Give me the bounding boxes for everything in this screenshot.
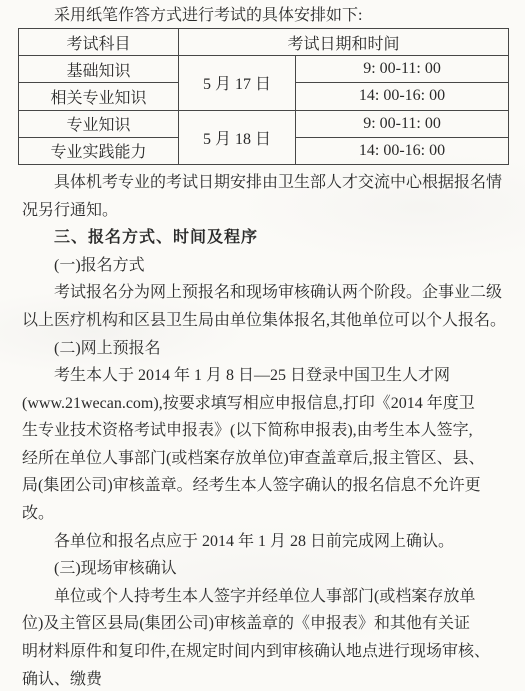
cell-date: 5 月 17 日 [179, 56, 296, 110]
subsection-heading: (二)网上预报名 [22, 335, 510, 363]
intro-line: 采用纸笔作答方式进行考试的具体安排如下: [22, 4, 510, 27]
table-row: 专业知识 5 月 18 日 9: 00-11: 00 [19, 110, 509, 137]
table-header-row: 考试科目 考试日期和时间 [19, 29, 509, 56]
text-line: 单位或个人持考生本人签字并经单位人事部门(或档案存放单 [22, 583, 510, 611]
cell-subject: 专业知识 [19, 110, 179, 137]
text-line: 明材料原件和复印件,在规定时间内到审核确认地点进行现场审核、 [22, 638, 510, 666]
table-row: 基础知识 5 月 17 日 9: 00-11: 00 [19, 56, 509, 83]
section-heading: 三、报名方式、时间及程序 [22, 224, 510, 252]
header-cell-datetime: 考试日期和时间 [179, 29, 509, 56]
header-cell-subject: 考试科目 [19, 29, 179, 56]
exam-schedule-table: 考试科目 考试日期和时间 基础知识 5 月 17 日 9: 00-11: 00 … [18, 28, 509, 165]
text-line: (www.21wecan.com),按要求填写相应申报信息,打印《2014 年度… [22, 390, 510, 418]
text-line: 改。 [22, 500, 510, 528]
cell-subject: 基础知识 [19, 56, 179, 83]
cell-subject: 相关专业知识 [19, 83, 179, 110]
text-line: 生专业技术资格考试申报表》(以下简称申报表),由考生本人签字, [22, 417, 510, 445]
document-page: 采用纸笔作答方式进行考试的具体安排如下: 考试科目 考试日期和时间 基础知识 5… [0, 4, 525, 691]
text-line: 局(集团公司)审核盖章。经考生本人签字确认的报名信息不允许更 [22, 472, 510, 500]
text-line: 各单位和报名点应于 2014 年 1 月 28 日前完成网上确认。 [22, 528, 510, 556]
text-line: 具体机考专业的考试日期安排由卫生部人才交流中心根据报名情 [22, 169, 510, 197]
body-text: 具体机考专业的考试日期安排由卫生部人才交流中心根据报名情 况另行通知。 三、报名… [22, 169, 510, 691]
text-line: 况另行通知。 [22, 197, 510, 225]
subsection-heading: (一)报名方式 [22, 252, 510, 280]
cell-date: 5 月 18 日 [179, 110, 296, 164]
text-line: 考生本人于 2014 年 1 月 8 日—25 日登录中国卫生人才网 [22, 362, 510, 390]
cell-time: 9: 00-11: 00 [296, 56, 509, 83]
text-line: 以上医疗机构和区县卫生局由单位集体报名,其他单位可以个人报名。 [22, 307, 510, 335]
subsection-heading: (三)现场审核确认 [22, 555, 510, 583]
cell-time: 9: 00-11: 00 [296, 110, 509, 137]
cell-time: 14: 00-16: 00 [296, 83, 509, 110]
text-line: 确认、缴费 [22, 666, 510, 691]
text-line: 经所在单位人事部门(或档案存放单位)审查盖章后,报主管区、县、 [22, 445, 510, 473]
cell-subject: 专业实践能力 [19, 137, 179, 164]
cell-time: 14: 00-16: 00 [296, 137, 509, 164]
text-line: 位)及主管区县局(集团公司)审核盖章的《申报表》和其他有关证 [22, 610, 510, 638]
text-line: 考试报名分为网上预报名和现场审核确认两个阶段。企事业二级 [22, 279, 510, 307]
